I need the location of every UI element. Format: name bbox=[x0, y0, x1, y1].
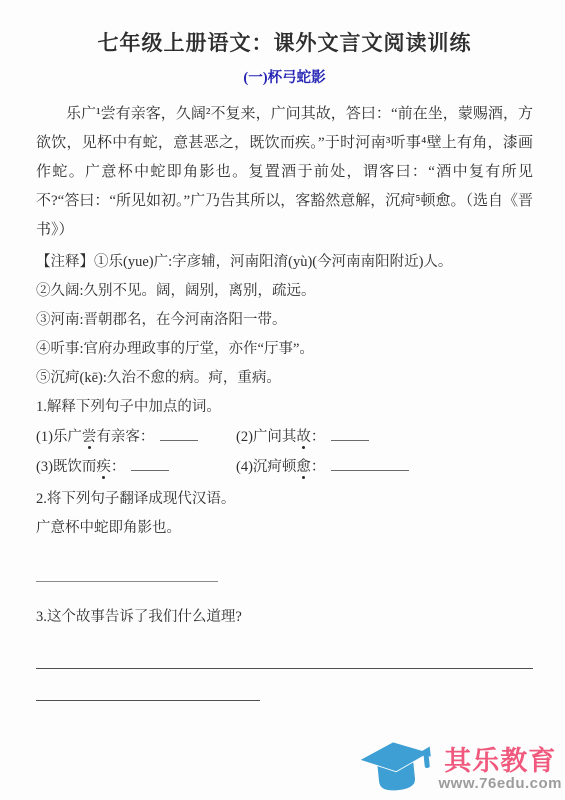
logo-brand-name: 其乐教育 bbox=[439, 747, 562, 775]
q1-item-2-dotted-char: 故 bbox=[296, 429, 311, 445]
note-item: ⑤沉疴(kē):久治不愈的病。疴，重病。 bbox=[36, 364, 533, 393]
q1-item-3-pre: (3)既饮而 bbox=[36, 459, 96, 475]
answer-blank bbox=[331, 427, 369, 441]
notes-block: 【注释】①乐(yue)广:字彦辅，河南阳淯(yù)(今河南南阳附近)人。 ②久阔… bbox=[36, 248, 533, 393]
q1-item-3-post: ： bbox=[111, 459, 126, 475]
q1-item-4-dotted-char: 愈 bbox=[296, 459, 311, 475]
answer-line bbox=[36, 581, 218, 582]
graduation-cap-icon bbox=[359, 740, 437, 800]
logo-website-url: www.76edu.com bbox=[439, 775, 562, 793]
notes-label: 【注释】 bbox=[36, 254, 94, 270]
q1-item-2-pre: (2)广问其 bbox=[236, 429, 296, 445]
q1-item-3: (3)既饮而疾： bbox=[36, 452, 236, 482]
q1-item-1: (1)乐广尝有亲客： bbox=[36, 422, 236, 452]
answer-line bbox=[36, 700, 260, 701]
section-subtitle: (一)杯弓蛇影 bbox=[36, 69, 533, 87]
q1-item-1-post: 有亲客： bbox=[96, 429, 154, 445]
answer-blank bbox=[331, 457, 409, 471]
q1-item-1-pre: (1)乐广 bbox=[36, 429, 82, 445]
passage-text: 乐广¹尝有亲客，久阔²不复来，广问其故，答曰：“前在坐，蒙赐酒，方欲饮，见杯中有… bbox=[36, 100, 533, 245]
question-2-label: 2.将下列句子翻译成现代汉语。 bbox=[36, 485, 533, 514]
q1-item-1-dotted-char: 尝 bbox=[82, 429, 97, 445]
note-item: ③河南:晋朝郡名，在今河南洛阳一带。 bbox=[36, 306, 533, 335]
question-2-sentence: 广意杯中蛇即角影也。 bbox=[36, 514, 533, 543]
page-title: 七年级上册语文：课外文言文阅读训练 bbox=[36, 30, 533, 56]
logo-text-block: 其乐教育 www.76edu.com bbox=[439, 747, 562, 793]
answer-line bbox=[36, 668, 533, 669]
document-content: 七年级上册语文：课外文言文阅读训练 (一)杯弓蛇影 乐广¹尝有亲客，久阔²不复来… bbox=[0, 0, 565, 701]
q1-item-2-post: ： bbox=[311, 429, 326, 445]
q1-item-4: (4)沉疴顿愈： bbox=[236, 452, 533, 482]
note-item: ④听事:官府办理政事的厅堂，亦作“厅事”。 bbox=[36, 335, 533, 364]
note-item: 【注释】①乐(yue)广:字彦辅，河南阳淯(yù)(今河南南阳附近)人。 bbox=[36, 248, 533, 277]
question-3-label: 3.这个故事告诉了我们什么道理? bbox=[36, 603, 533, 632]
question-1-items: (1)乐广尝有亲客： (2)广问其故： (3)既饮而疾： (4)沉疴顿愈： bbox=[36, 422, 533, 482]
answer-blank bbox=[160, 427, 198, 441]
note-item: ②久阔:久别不见。阔，阔别，离别，疏远。 bbox=[36, 277, 533, 306]
q1-item-4-post: ： bbox=[311, 459, 326, 475]
q1-item-3-dotted-char: 疾 bbox=[96, 459, 111, 475]
note-item-text: ①乐(yue)广:字彦辅，河南阳淯(yù)(今河南南阳附近)人。 bbox=[94, 254, 452, 270]
q1-item-2: (2)广问其故： bbox=[236, 422, 533, 452]
site-logo: 其乐教育 www.76edu.com bbox=[359, 740, 562, 800]
question-1-label: 1.解释下列句子中加点的词。 bbox=[36, 393, 533, 422]
answer-blank bbox=[131, 457, 169, 471]
q1-item-4-pre: (4)沉疴顿 bbox=[236, 459, 296, 475]
document-page: 七年级上册语文：课外文言文阅读训练 (一)杯弓蛇影 乐广¹尝有亲客，久阔²不复来… bbox=[0, 0, 565, 800]
